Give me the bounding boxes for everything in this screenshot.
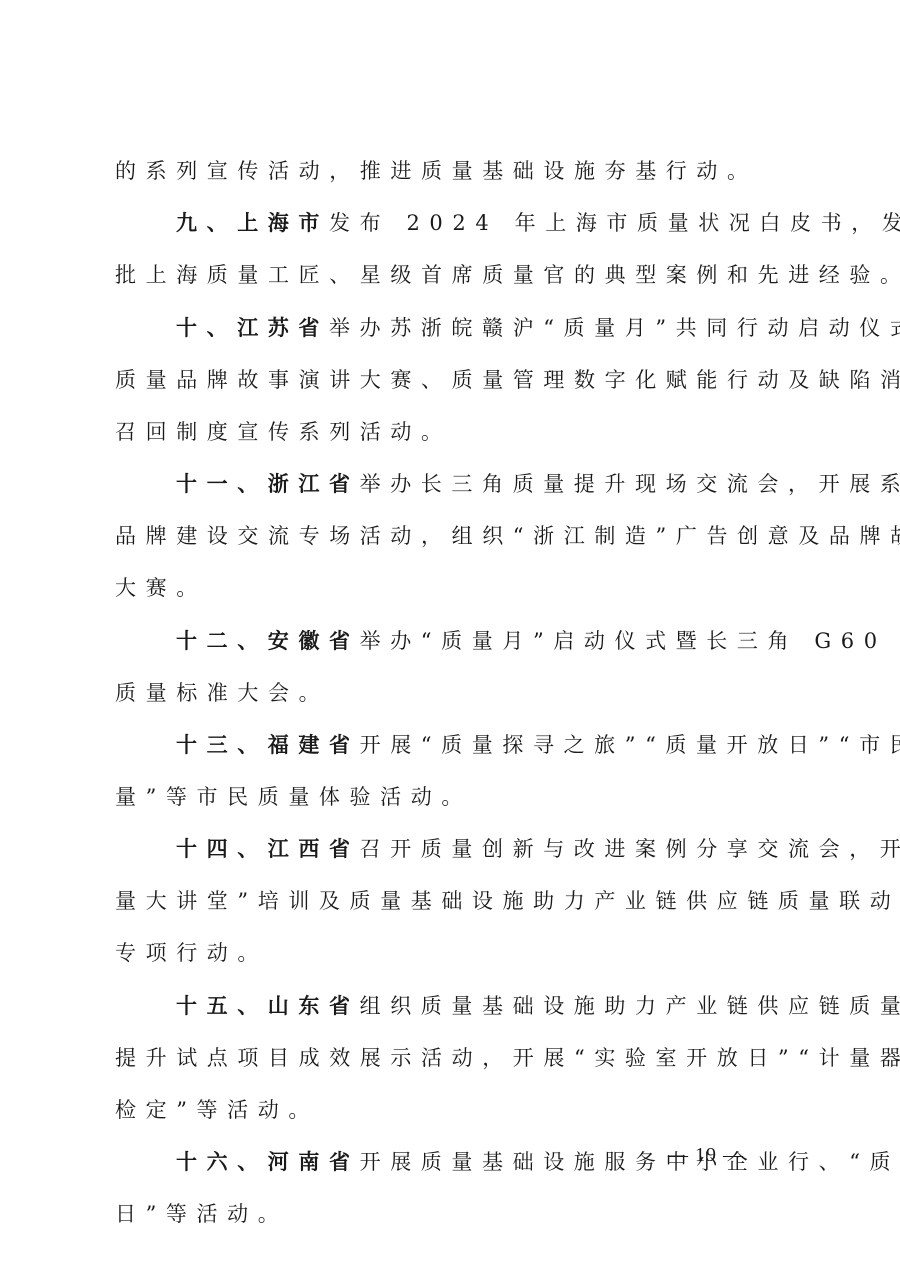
item-heading: 十四、江西省 — [176, 837, 360, 861]
line-text: 提升试点项目成效展示活动，开展“实验室开放日”“计量器具免费 — [115, 1046, 900, 1070]
line-text: 的系列宣传活动，推进质量基础设施夯基行动。 — [115, 159, 758, 183]
line-text: 质量标准大会。 — [115, 681, 329, 705]
item-11-line: 十一、浙江省举办长三角质量提升现场交流会，开展系列质量 — [176, 469, 856, 499]
item-heading: 十五、山东省 — [176, 994, 360, 1018]
line-text: 开展质量基础设施服务中小企业行、“质量开放 — [360, 1150, 900, 1174]
line-text: 组织质量基础设施助力产业链供应链质量联动 — [360, 994, 900, 1018]
text-line: 提升试点项目成效展示活动，开展“实验室开放日”“计量器具免费 — [115, 1043, 795, 1073]
line-text: 举办苏浙皖赣沪“质量月”共同行动启动仪式，开展 — [329, 316, 900, 340]
line-text: 专项行动。 — [115, 941, 268, 965]
text-line: 的系列宣传活动，推进质量基础设施夯基行动。 — [115, 156, 795, 186]
item-heading: 十二、安徽省 — [176, 629, 360, 653]
item-16-line: 十六、河南省开展质量基础设施服务中小企业行、“质量开放 — [176, 1147, 856, 1177]
document-page: 的系列宣传活动，推进质量基础设施夯基行动。 九、上海市发布 2024 年上海市质… — [0, 0, 900, 1274]
line-text: 量大讲堂”培训及质量基础设施助力产业链供应链质量联动提升 — [115, 889, 900, 913]
text-line: 品牌建设交流专场活动，组织“浙江制造”广告创意及品牌故事 — [115, 521, 795, 551]
text-line: 专项行动。 — [115, 938, 795, 968]
item-heading: 九、上海市 — [176, 211, 329, 235]
text-line: 检定”等活动。 — [115, 1095, 795, 1125]
text-line: 大赛。 — [115, 573, 795, 603]
line-text: 量”等市民质量体验活动。 — [115, 785, 472, 809]
line-text: 发布 2024 年上海市质量状况白皮书，发布推广一 — [329, 211, 900, 235]
item-13-line: 十三、福建省开展“质量探寻之旅”“质量开放日”“市民看质 — [176, 730, 856, 760]
page-number: — 19 — — [668, 1142, 744, 1168]
item-15-line: 十五、山东省组织质量基础设施助力产业链供应链质量联动 — [176, 991, 856, 1021]
text-line: 日”等活动。 — [115, 1199, 795, 1229]
text-line: 量大讲堂”培训及质量基础设施助力产业链供应链质量联动提升 — [115, 886, 795, 916]
item-9-line: 九、上海市发布 2024 年上海市质量状况白皮书，发布推广一 — [176, 208, 856, 238]
text-line: 质量标准大会。 — [115, 678, 795, 708]
text-line: 召回制度宣传系列活动。 — [115, 417, 795, 447]
item-heading: 十三、福建省 — [176, 733, 360, 757]
item-14-line: 十四、江西省召开质量创新与改进案例分享交流会，开展“质 — [176, 834, 856, 864]
line-text: 质量品牌故事演讲大赛、质量管理数字化赋能行动及缺陷消费品 — [115, 368, 900, 392]
item-heading: 十一、浙江省 — [176, 472, 360, 496]
line-text: 日”等活动。 — [115, 1202, 288, 1226]
text-line: 量”等市民质量体验活动。 — [115, 782, 795, 812]
line-text: 召开质量创新与改进案例分享交流会，开展“质 — [360, 837, 900, 861]
line-text: 检定”等活动。 — [115, 1098, 319, 1122]
text-line: 批上海质量工匠、星级首席质量官的典型案例和先进经验。 — [115, 260, 795, 290]
line-text: 批上海质量工匠、星级首席质量官的典型案例和先进经验。 — [115, 263, 900, 287]
line-text: 举办长三角质量提升现场交流会，开展系列质量 — [360, 472, 900, 496]
line-text: 举办“质量月”启动仪式暨长三角 G60 科创走廊 — [360, 629, 900, 653]
item-heading: 十、江苏省 — [176, 316, 329, 340]
item-12-line: 十二、安徽省举办“质量月”启动仪式暨长三角 G60 科创走廊 — [176, 626, 856, 656]
text-line: 质量品牌故事演讲大赛、质量管理数字化赋能行动及缺陷消费品 — [115, 365, 795, 395]
line-text: 开展“质量探寻之旅”“质量开放日”“市民看质 — [360, 733, 900, 757]
line-text: 品牌建设交流专场活动，组织“浙江制造”广告创意及品牌故事 — [115, 524, 900, 548]
line-text: 召回制度宣传系列活动。 — [115, 420, 452, 444]
line-text: 大赛。 — [115, 576, 207, 600]
item-10-line: 十、江苏省举办苏浙皖赣沪“质量月”共同行动启动仪式，开展 — [176, 313, 856, 343]
item-heading: 十六、河南省 — [176, 1150, 360, 1174]
